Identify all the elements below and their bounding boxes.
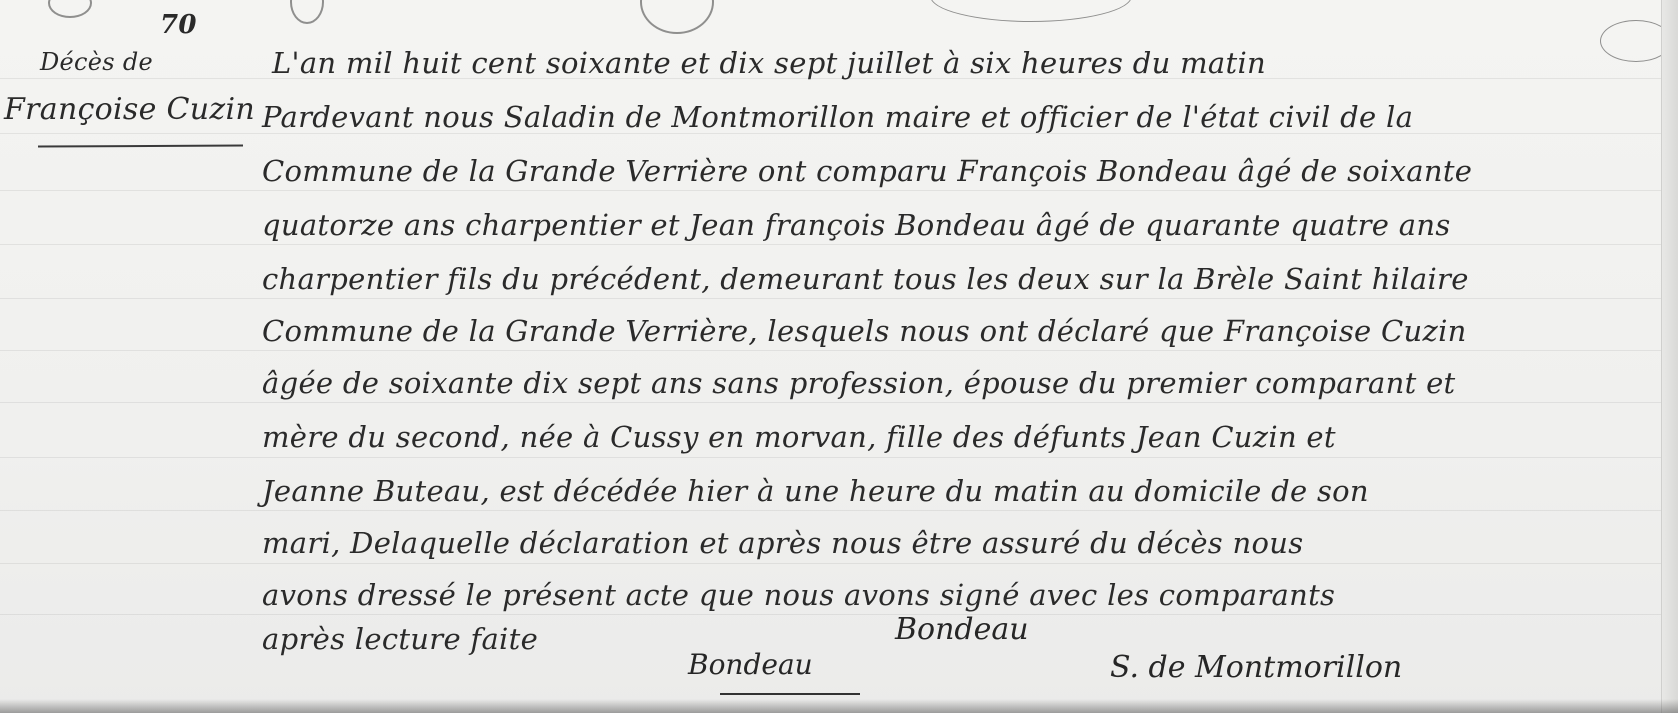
register-page: 70 Décès de Françoise Cuzin L'an mil hui…	[0, 0, 1678, 713]
body-line: âgée de soixante dix sept ans sans profe…	[262, 366, 1455, 400]
body-line: quatorze ans charpentier et Jean françoi…	[262, 208, 1451, 242]
ink-flourish	[290, 0, 324, 24]
body-line: Commune de la Grande Verrière ont compar…	[262, 154, 1472, 188]
body-line: Commune de la Grande Verrière, lesquels …	[262, 314, 1467, 348]
ink-flourish	[930, 0, 1132, 22]
ruled-line	[0, 457, 1678, 458]
ruled-line	[0, 350, 1678, 351]
ink-flourish	[48, 0, 92, 18]
margin-underline	[38, 144, 243, 147]
body-line: après lecture faite	[262, 622, 538, 656]
scan-shadow	[0, 699, 1678, 713]
ruled-line	[0, 402, 1678, 403]
margin-deceased-name: Françoise Cuzin	[4, 92, 255, 127]
ruled-line	[0, 190, 1678, 191]
margin-heading: Décès de	[40, 48, 153, 76]
signature-bondeau-son: Bondeau	[688, 648, 813, 681]
ruled-line	[0, 244, 1678, 245]
body-line: L'an mil huit cent soixante et dix sept …	[272, 46, 1266, 80]
body-line: mère du second, née à Cussy en morvan, f…	[262, 420, 1336, 454]
signature-underline	[720, 693, 860, 695]
ruled-line	[0, 298, 1678, 299]
page-edge	[1661, 0, 1678, 713]
ruled-line	[0, 614, 1678, 615]
ruled-line	[0, 563, 1678, 564]
ruled-line	[0, 510, 1678, 511]
body-line: charpentier fils du précédent, demeurant…	[262, 262, 1469, 296]
ink-flourish	[640, 0, 714, 34]
signature-mayor: S. de Montmorillon	[1110, 650, 1402, 685]
body-line: mari, Delaquelle déclaration et après no…	[262, 526, 1303, 560]
body-line: Jeanne Buteau, est décédée hier à une he…	[262, 474, 1369, 508]
entry-number: 70	[160, 10, 197, 40]
signature-bondeau-father: Bondeau	[895, 612, 1029, 647]
body-line: avons dressé le présent acte que nous av…	[262, 578, 1335, 612]
body-line: Pardevant nous Saladin de Montmorillon m…	[262, 100, 1413, 134]
